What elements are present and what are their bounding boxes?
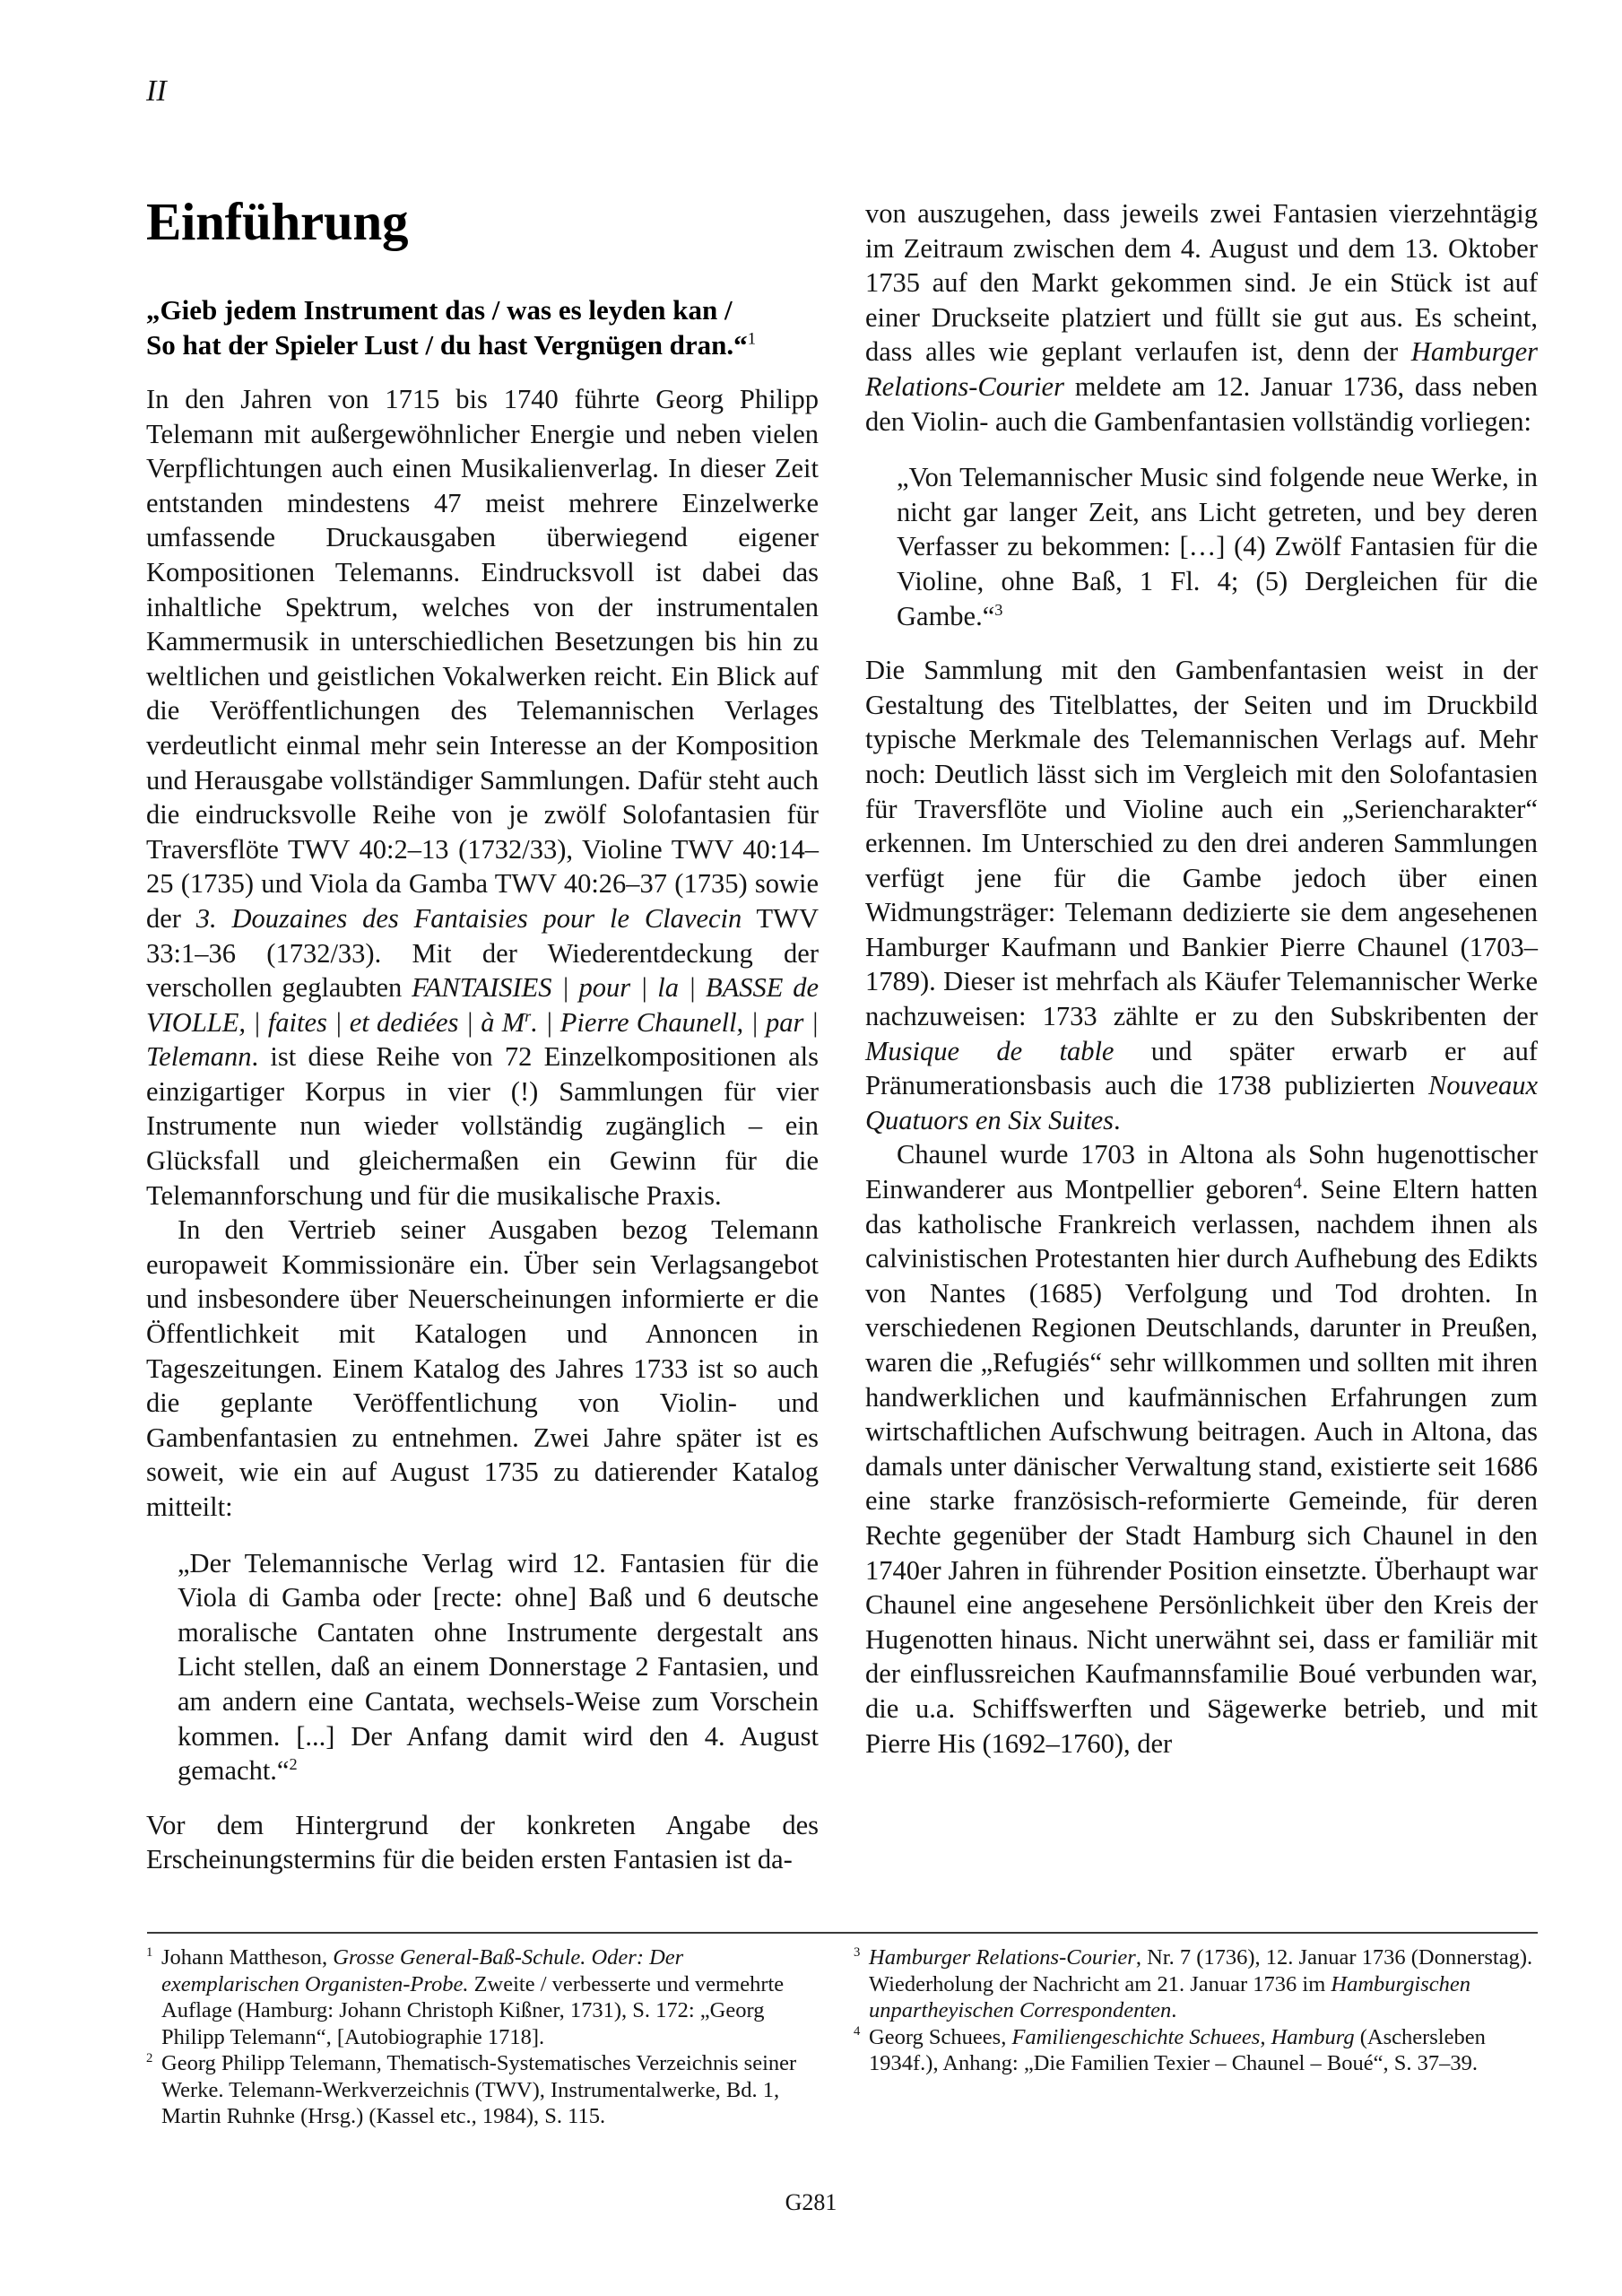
footnote-ref-2[interactable]: 2: [289, 1755, 297, 1773]
motto-line-2: So hat der Spieler Lust / du hast Vergnü…: [146, 328, 828, 363]
paragraph-chaunel: Chaunel wurde 1703 in Altona als Sohn hu…: [865, 1137, 1538, 1761]
footnotes-right: 3Hamburger Relations-Courier, Nr. 7 (173…: [854, 1944, 1535, 2077]
paragraph-distribution: In den Vertrieb seiner Ausgaben bezog Te…: [146, 1213, 819, 1524]
footnote-4: 4Georg Schuees, Familiengeschichte Schue…: [854, 2024, 1535, 2077]
text: Johann Mattheson,: [161, 1945, 333, 1970]
motto-line-2-text: So hat der Spieler Lust / du hast Vergnü…: [146, 329, 748, 361]
text: . Seine Eltern hatten das katholische Fr…: [865, 1174, 1538, 1759]
italic-title: Musique de table: [865, 1036, 1114, 1066]
paragraph-collection: Die Sammlung mit den Gambenfantasien wei…: [865, 653, 1538, 1137]
text: .: [1171, 1998, 1176, 2022]
footnote-3: 3Hamburger Relations-Courier, Nr. 7 (173…: [854, 1944, 1535, 2024]
italic-title: Familiengeschichte Schuees, Hamburg: [1011, 2025, 1354, 2049]
block-quote-courier: „Von Telemannischer Music sind folgende …: [897, 460, 1538, 633]
footnote-ref-4[interactable]: 4: [1294, 1174, 1302, 1192]
footnote-separator: [147, 1932, 1538, 1934]
footnote-1: 1Johann Mattheson, Grosse General-Baß-Sc…: [146, 1944, 805, 2050]
text: Georg Philipp Telemann, Thematisch-Syste…: [161, 2051, 796, 2128]
footnote-ref-1[interactable]: 1: [748, 329, 756, 348]
left-column: In den Jahren von 1715 bis 1740 führte G…: [146, 382, 819, 1877]
footnote-ref-3[interactable]: 3: [994, 600, 1002, 618]
page-number-roman: II: [146, 74, 167, 109]
text: .: [1114, 1105, 1121, 1135]
text: Georg Schuees,: [869, 2025, 1011, 2049]
text: In den Jahren von 1715 bis 1740 führte G…: [146, 384, 819, 934]
paragraph-intro: In den Jahren von 1715 bis 1740 führte G…: [146, 382, 819, 1213]
text: „Von Telemannischer Music sind folgende …: [897, 462, 1538, 631]
page-number-footer: G281: [0, 2189, 1622, 2216]
block-quote-catalog: „Der Telemannische Verlag wird 12. Fanta…: [178, 1546, 819, 1788]
footnotes-left: 1Johann Mattheson, Grosse General-Baß-Sc…: [146, 1944, 805, 2130]
italic-title: 3. Douzaines des Fantaisies pour le Clav…: [196, 903, 742, 934]
italic-title: Hamburger Relations-Courier: [869, 1945, 1136, 1970]
paragraph-continuation: Vor dem Hintergrund der konkreten Angabe…: [146, 1808, 819, 1877]
right-column: von auszugehen, dass jeweils zwei Fantas…: [865, 196, 1538, 1761]
text: „Der Telemannische Verlag wird 12. Fanta…: [178, 1548, 819, 1787]
paragraph-release-dates: von auszugehen, dass jeweils zwei Fantas…: [865, 196, 1538, 439]
footnote-2: 2Georg Philipp Telemann, Thematisch-Syst…: [146, 2050, 805, 2130]
motto-quote: „Gieb jedem Instrument das / was es leyd…: [146, 293, 828, 362]
motto-line-1: „Gieb jedem Instrument das / was es leyd…: [146, 293, 828, 328]
text: Die Sammlung mit den Gambenfantasien wei…: [865, 655, 1538, 1031]
page-title: Einführung: [146, 190, 408, 253]
